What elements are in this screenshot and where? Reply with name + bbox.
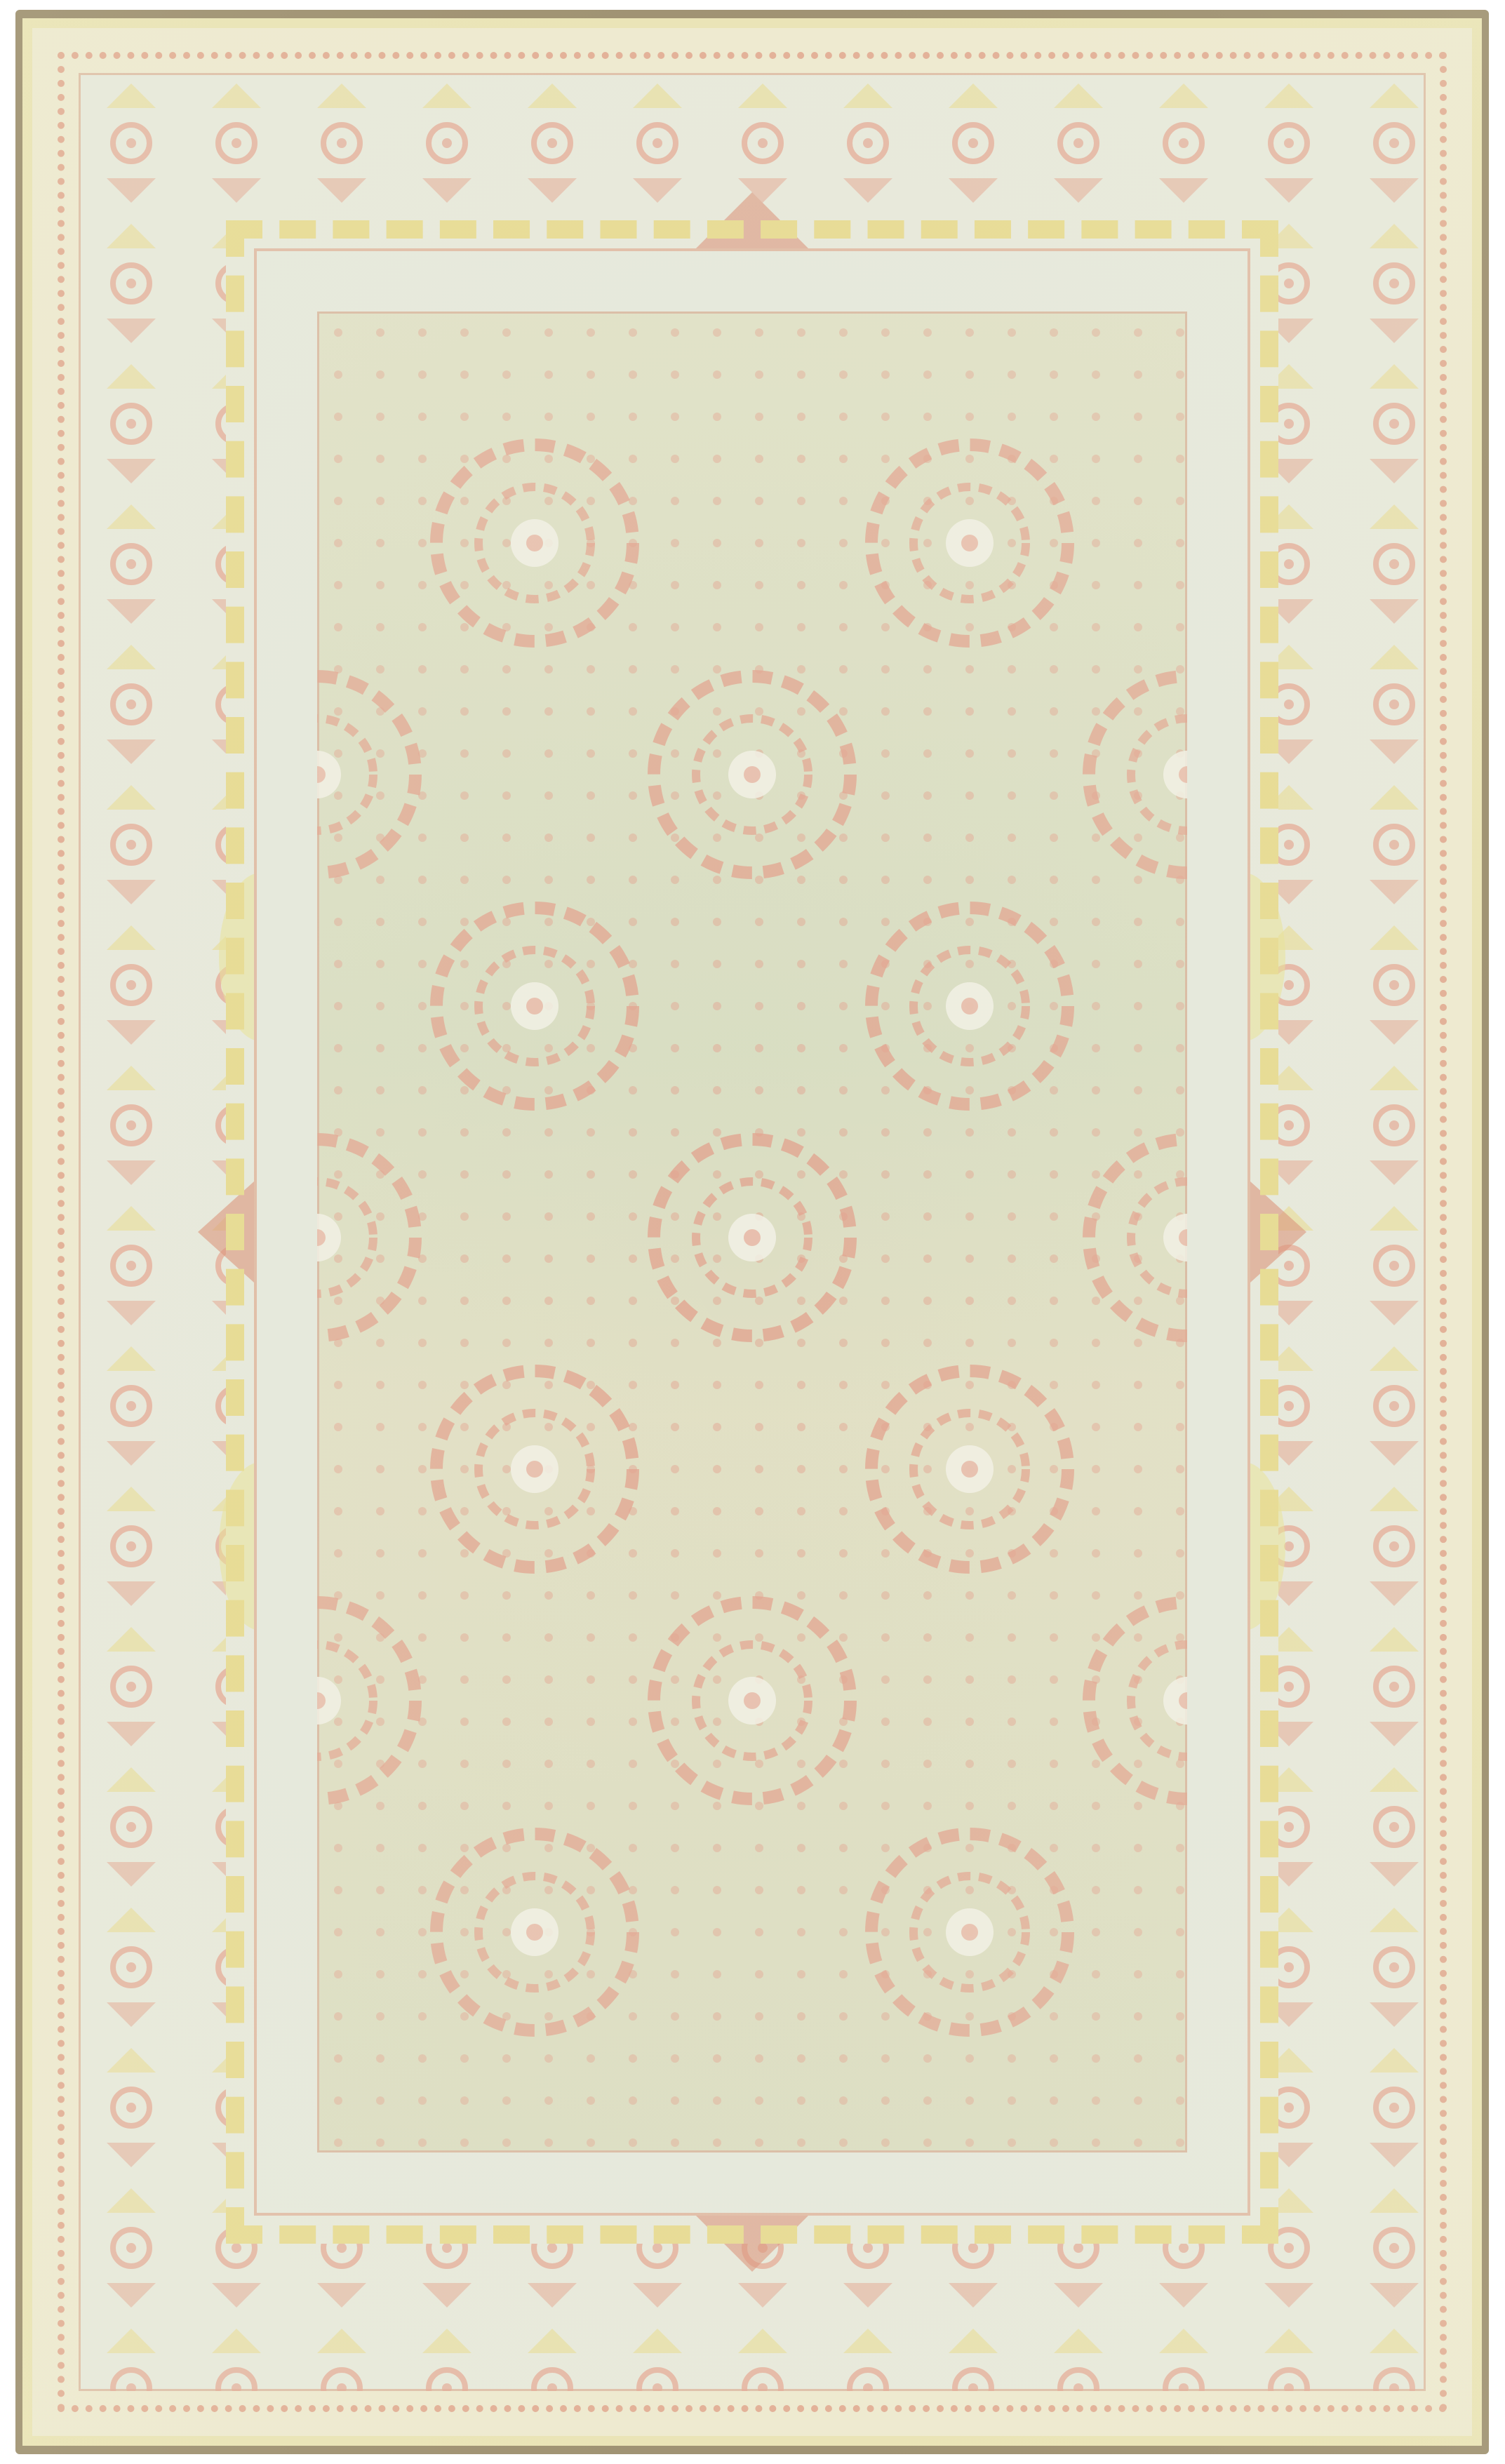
rug: [15, 10, 1489, 2454]
worn-texture-wash: [15, 10, 1489, 2454]
